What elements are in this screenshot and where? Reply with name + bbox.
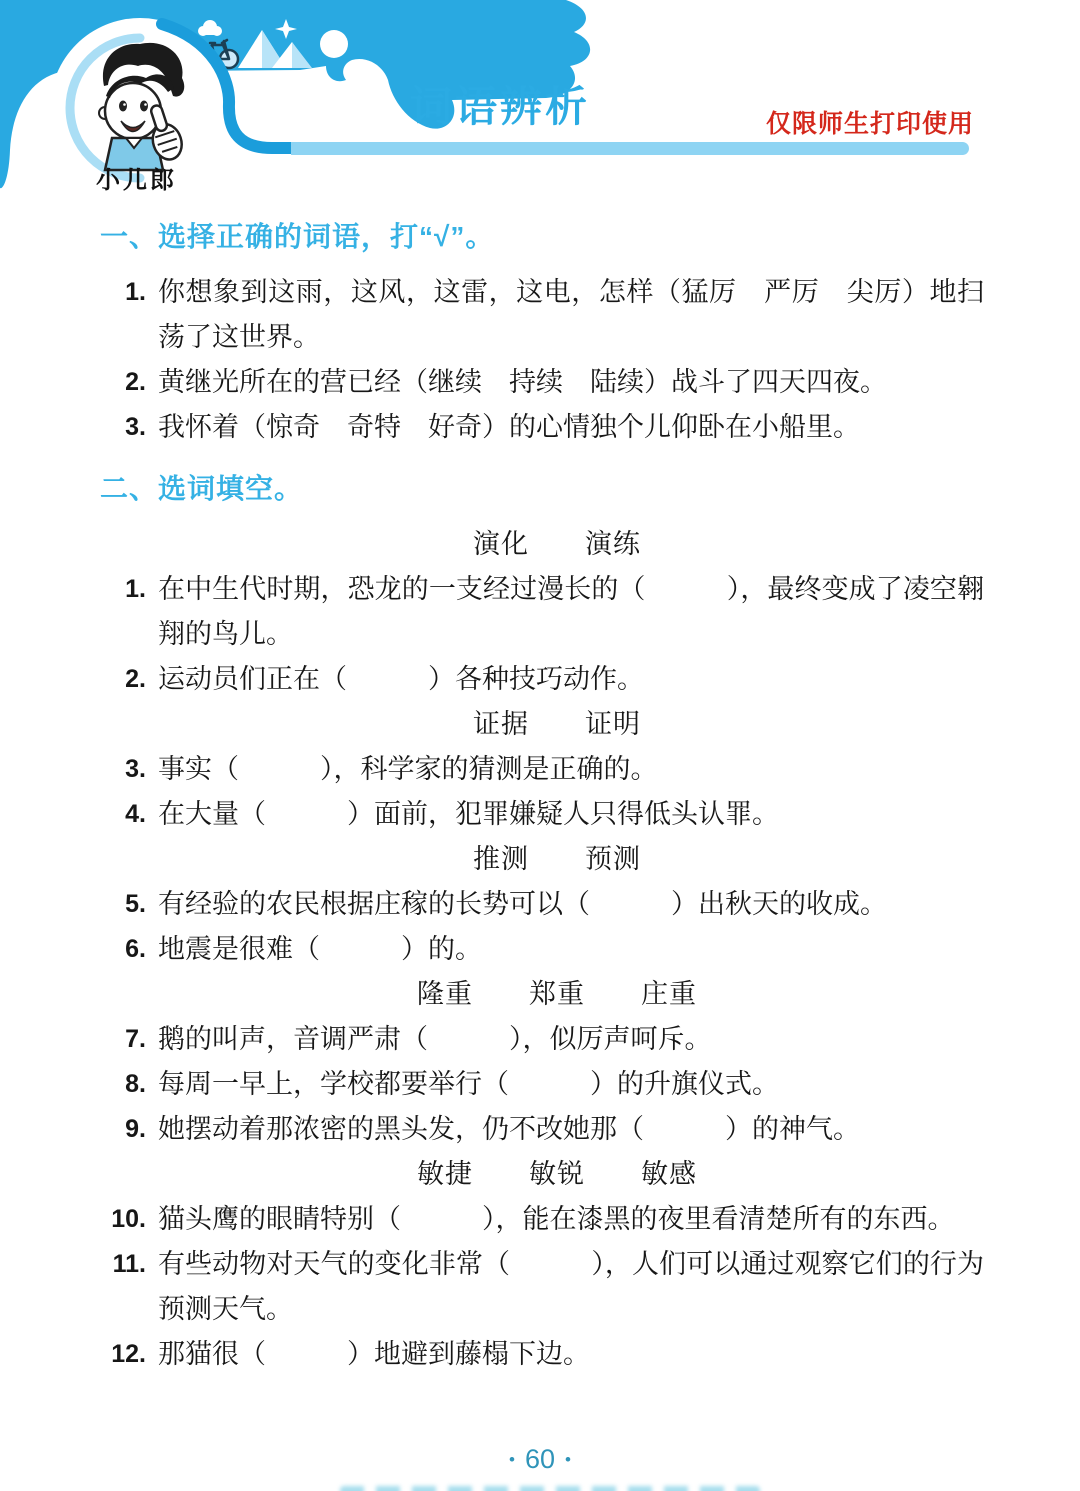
question-item: 3. 事实（ ），科学家的猜测是正确的。 bbox=[100, 747, 984, 792]
worksheet-body: 一、选择正确的词语，打“√”。 1. 你想象到这雨，这风，这雷，这电，怎样（猛厉… bbox=[100, 214, 984, 1377]
question-item: 8. 每周一早上，学校都要举行（ ）的升旗仪式。 bbox=[100, 1062, 984, 1107]
question-text: 猫头鹰的眼睛特别（ ），能在漆黑的夜里看清楚所有的东西。 bbox=[158, 1197, 984, 1242]
question-item: 11. 有些动物对天气的变化非常（ ），人们可以通过观察它们的行为预测天气。 bbox=[100, 1242, 984, 1332]
question-text: 那猫很（ ）地避到藤榻下边。 bbox=[158, 1332, 984, 1377]
question-number: 1. bbox=[100, 567, 158, 612]
word-bank: 演化 演练 bbox=[100, 522, 984, 567]
question-text: 鹅的叫声，音调严肃（ ），似厉声呵斥。 bbox=[158, 1017, 984, 1062]
section-1: 一、选择正确的词语，打“√”。 1. 你想象到这雨，这风，这雷，这电，怎样（猛厉… bbox=[100, 214, 984, 450]
question-text: 我怀着（惊奇 奇特 好奇）的心情独个儿仰卧在小船里。 bbox=[158, 405, 984, 450]
word-bank: 敏捷 敏锐 敏感 bbox=[100, 1152, 984, 1197]
question-number: 2. bbox=[100, 360, 158, 405]
section-2-heading: 二、选词填空。 bbox=[100, 466, 984, 512]
cut-off-footer-text bbox=[340, 1486, 760, 1491]
question-text: 运动员们正在（ ）各种技巧动作。 bbox=[158, 657, 984, 702]
question-item: 3. 我怀着（惊奇 奇特 好奇）的心情独个儿仰卧在小船里。 bbox=[100, 405, 984, 450]
question-text: 黄继光所在的营已经（继续 持续 陆续）战斗了四天四夜。 bbox=[158, 360, 984, 405]
section-1-heading: 一、选择正确的词语，打“√”。 bbox=[100, 214, 984, 260]
question-text: 在大量（ ）面前，犯罪嫌疑人只得低头认罪。 bbox=[158, 792, 984, 837]
question-number: 11. bbox=[100, 1242, 158, 1287]
title-underline-bar bbox=[291, 142, 969, 155]
question-text: 有些动物对天气的变化非常（ ），人们可以通过观察它们的行为预测天气。 bbox=[158, 1242, 984, 1332]
question-text: 在中生代时期，恐龙的一支经过漫长的（ ），最终变成了凌空翱翔的鸟儿。 bbox=[158, 567, 984, 657]
question-item: 6. 地震是很难（ ）的。 bbox=[100, 927, 984, 972]
question-item: 2. 黄继光所在的营已经（继续 持续 陆续）战斗了四天四夜。 bbox=[100, 360, 984, 405]
word-bank: 隆重 郑重 庄重 bbox=[100, 972, 984, 1017]
question-item: 10. 猫头鹰的眼睛特别（ ），能在漆黑的夜里看清楚所有的东西。 bbox=[100, 1197, 984, 1242]
question-text: 地震是很难（ ）的。 bbox=[158, 927, 984, 972]
question-number: 10. bbox=[100, 1197, 158, 1242]
page-number-dot: • bbox=[499, 1450, 525, 1469]
question-item: 5. 有经验的农民根据庄稼的长势可以（ ）出秋天的收成。 bbox=[100, 882, 984, 927]
question-item: 4. 在大量（ ）面前，犯罪嫌疑人只得低头认罪。 bbox=[100, 792, 984, 837]
page-number-dot: • bbox=[555, 1450, 581, 1469]
question-number: 3. bbox=[100, 747, 158, 792]
question-number: 2. bbox=[100, 657, 158, 702]
question-number: 1. bbox=[100, 270, 158, 315]
page-number-value: 60 bbox=[525, 1444, 555, 1474]
question-number: 3. bbox=[100, 405, 158, 450]
worksheet-page: 小儿郎 词语辨析 仅限师生打印使用 一、选择正确的词语，打“√”。 1. 你想象… bbox=[0, 0, 1080, 1491]
question-item: 7. 鹅的叫声，音调严肃（ ），似厉声呵斥。 bbox=[100, 1017, 984, 1062]
word-bank: 推测 预测 bbox=[100, 837, 984, 882]
question-number: 9. bbox=[100, 1107, 158, 1152]
question-text: 你想象到这雨，这风，这雷，这电，怎样（猛厉 严厉 尖厉）地扫荡了这世界。 bbox=[158, 270, 984, 360]
question-number: 7. bbox=[100, 1017, 158, 1062]
page-title: 词语辨析 bbox=[300, 74, 700, 134]
question-item: 2. 运动员们正在（ ）各种技巧动作。 bbox=[100, 657, 984, 702]
print-notice: 仅限师生打印使用 bbox=[766, 104, 974, 140]
section-2: 二、选词填空。 演化 演练 1. 在中生代时期，恐龙的一支经过漫长的（ ），最终… bbox=[100, 466, 984, 1377]
question-item: 9. 她摆动着那浓密的黑头发，仍不改她那（ ）的神气。 bbox=[100, 1107, 984, 1152]
word-bank: 证据 证明 bbox=[100, 702, 984, 747]
question-number: 12. bbox=[100, 1332, 158, 1377]
mascot-label: 小儿郎 bbox=[96, 160, 206, 195]
question-text: 每周一早上，学校都要举行（ ）的升旗仪式。 bbox=[158, 1062, 984, 1107]
question-text: 她摆动着那浓密的黑头发，仍不改她那（ ）的神气。 bbox=[158, 1107, 984, 1152]
question-item: 1. 你想象到这雨，这风，这雷，这电，怎样（猛厉 严厉 尖厉）地扫荡了这世界。 bbox=[100, 270, 984, 360]
question-number: 6. bbox=[100, 927, 158, 972]
question-item: 1. 在中生代时期，恐龙的一支经过漫长的（ ），最终变成了凌空翱翔的鸟儿。 bbox=[100, 567, 984, 657]
page-number: •60• bbox=[0, 1444, 1080, 1475]
question-text: 事实（ ），科学家的猜测是正确的。 bbox=[158, 747, 984, 792]
question-text: 有经验的农民根据庄稼的长势可以（ ）出秋天的收成。 bbox=[158, 882, 984, 927]
question-number: 8. bbox=[100, 1062, 158, 1107]
question-number: 5. bbox=[100, 882, 158, 927]
question-number: 4. bbox=[100, 792, 158, 837]
question-item: 12. 那猫很（ ）地避到藤榻下边。 bbox=[100, 1332, 984, 1377]
